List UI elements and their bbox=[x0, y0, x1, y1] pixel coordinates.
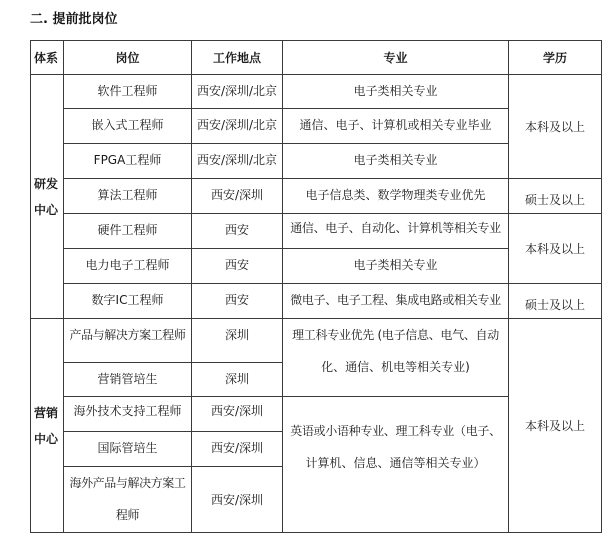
major-text-line: 化、通信、机电等相关专业) bbox=[283, 351, 508, 383]
department-rnd: 研发 中心 bbox=[31, 75, 64, 319]
header-department: 体系 bbox=[31, 41, 64, 75]
degree-cell: 本科及以上 bbox=[509, 319, 602, 533]
header-location: 工作地点 bbox=[192, 41, 283, 75]
location-cell: 西安 bbox=[192, 249, 283, 284]
location-cell: 西安/深圳/北京 bbox=[192, 109, 283, 144]
location-cell: 西安 bbox=[192, 284, 283, 319]
position-cell: 硬件工程师 bbox=[64, 214, 192, 249]
position-cell: 算法工程师 bbox=[64, 179, 192, 214]
major-cell: 电子信息类、数学物理类专业优先 bbox=[283, 179, 509, 214]
location-cell: 深圳 bbox=[192, 363, 283, 397]
major-text-line: 理工科专业优先 (电子信息、电气、自动 bbox=[283, 319, 508, 351]
positions-table: 体系 岗位 工作地点 专业 学历 研发 中心 软件工程师 西安/深圳/北京 电子… bbox=[30, 40, 602, 533]
department-label: 中心 bbox=[34, 426, 63, 452]
degree-cell: 硕士及以上 bbox=[509, 179, 602, 214]
position-text-line: 程师 bbox=[64, 499, 191, 531]
location-cell: 西安/深圳 bbox=[192, 397, 283, 432]
table-row: 算法工程师 西安/深圳 电子信息类、数学物理类专业优先 硕士及以上 bbox=[31, 179, 602, 214]
major-text-line: 英语或小语种专业、理工科专业（电子、 bbox=[283, 415, 508, 447]
major-cell: 电子类相关专业 bbox=[283, 249, 509, 284]
section-title: 二. 提前批岗位 bbox=[30, 8, 117, 27]
department-label: 营销 bbox=[34, 400, 63, 426]
location-cell: 西安/深圳 bbox=[192, 179, 283, 214]
major-cell: 电子类相关专业 bbox=[283, 144, 509, 179]
location-cell: 西安/深圳 bbox=[192, 467, 283, 533]
major-cell-group-2: 英语或小语种专业、理工科专业（电子、 计算机、信息、通信等相关专业） bbox=[283, 397, 509, 533]
position-cell: 数字IC工程师 bbox=[64, 284, 192, 319]
position-cell: 营销管培生 bbox=[64, 363, 192, 397]
major-cell-group-1: 理工科专业优先 (电子信息、电气、自动 化、通信、机电等相关专业) bbox=[283, 319, 509, 397]
position-cell: 国际管培生 bbox=[64, 432, 192, 467]
department-label: 中心 bbox=[34, 197, 63, 223]
position-cell: 软件工程师 bbox=[64, 75, 192, 109]
header-degree: 学历 bbox=[509, 41, 602, 75]
major-text-line: 计算机、信息、通信等相关专业） bbox=[283, 447, 508, 479]
location-cell: 西安/深圳 bbox=[192, 432, 283, 467]
table-row: 数字IC工程师 西安 微电子、电子工程、集成电路或相关专业 硕士及以上 bbox=[31, 284, 602, 319]
header-major: 专业 bbox=[283, 41, 509, 75]
table-header-row: 体系 岗位 工作地点 专业 学历 bbox=[31, 41, 602, 75]
department-marketing: 营销 中心 bbox=[31, 319, 64, 533]
position-cell: 海外产品与解决方案工 程师 bbox=[64, 467, 192, 533]
position-text-line: 海外产品与解决方案工 bbox=[64, 467, 191, 499]
position-cell: FPGA工程师 bbox=[64, 144, 192, 179]
position-cell: 产品与解决方案工程师 bbox=[64, 319, 192, 363]
header-position: 岗位 bbox=[64, 41, 192, 75]
position-cell: 海外技术支持工程师 bbox=[64, 397, 192, 432]
degree-cell: 硕士及以上 bbox=[509, 284, 602, 319]
table-row: 营销 中心 产品与解决方案工程师 深圳 理工科专业优先 (电子信息、电气、自动 … bbox=[31, 319, 602, 363]
major-cell: 电子类相关专业 bbox=[283, 75, 509, 109]
major-cell: 通信、电子、自动化、计算机等相关专业 bbox=[283, 214, 509, 249]
degree-cell: 本科及以上 bbox=[509, 75, 602, 179]
table-row: 硬件工程师 西安 通信、电子、自动化、计算机等相关专业 本科及以上 bbox=[31, 214, 602, 249]
table-row: 研发 中心 软件工程师 西安/深圳/北京 电子类相关专业 本科及以上 bbox=[31, 75, 602, 109]
location-cell: 西安/深圳/北京 bbox=[192, 144, 283, 179]
position-cell: 电力电子工程师 bbox=[64, 249, 192, 284]
position-cell: 嵌入式工程师 bbox=[64, 109, 192, 144]
major-cell: 微电子、电子工程、集成电路或相关专业 bbox=[283, 284, 509, 319]
degree-cell: 本科及以上 bbox=[509, 214, 602, 284]
location-cell: 西安/深圳/北京 bbox=[192, 75, 283, 109]
location-cell: 西安 bbox=[192, 214, 283, 249]
major-cell: 通信、电子、计算机或相关专业毕业 bbox=[283, 109, 509, 144]
department-label: 研发 bbox=[34, 171, 63, 197]
location-cell: 深圳 bbox=[192, 319, 283, 363]
